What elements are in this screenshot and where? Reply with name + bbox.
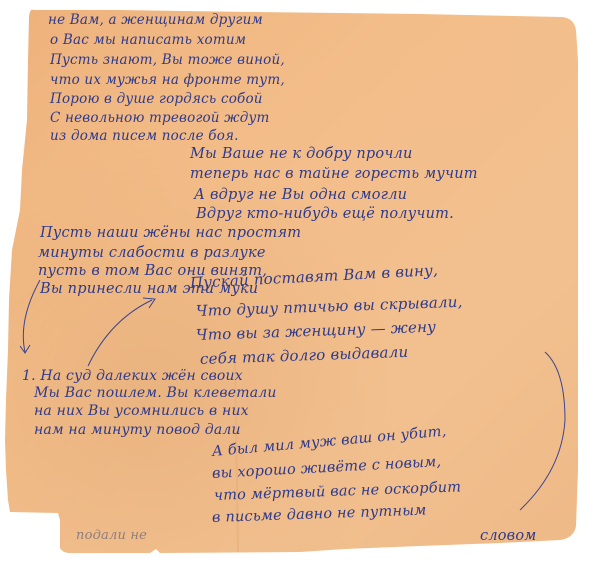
text-line: С невольною тревогой ждут xyxy=(50,110,270,126)
text-line: Порою в душе гордясь собой xyxy=(50,91,263,107)
text-line: Мы Вас пошлем. Вы клеветали xyxy=(34,385,277,401)
text-line: что их мужья на фронте тут, xyxy=(50,72,285,88)
text-line: на них Вы усомнились в них xyxy=(34,403,249,419)
text-line: теперь нас в тайне горесть мучит xyxy=(190,166,478,182)
item-number-marker: 1. xyxy=(22,368,36,384)
text-line: Вдруг кто-нибудь ещё получит. xyxy=(196,206,454,222)
text-line: Мы Ваше не к добру прочли xyxy=(190,146,413,162)
text-line: о Вас мы написать хотим xyxy=(50,32,246,48)
text-line: нам на минуту повод дали xyxy=(34,422,241,438)
text-line: Пусть знают, Вы тоже виной, xyxy=(50,52,285,68)
text-line: минуты слабости в разлуке xyxy=(38,245,266,261)
text-line: 1. На суд далеких жён своих xyxy=(22,368,243,384)
faded-footer-text: подали не xyxy=(76,528,147,543)
text-line: Пусть наши жёны нас простят xyxy=(40,225,301,241)
text-line: словом xyxy=(480,528,536,544)
text-line: не Вам, а женщинам другим xyxy=(48,12,263,28)
text-line: А вдруг не Вы одна смогли xyxy=(194,187,407,203)
letter-page: не Вам, а женщинам другим о Вас мы напис… xyxy=(0,0,600,568)
text-line: из дома писем после боя. xyxy=(50,128,239,144)
